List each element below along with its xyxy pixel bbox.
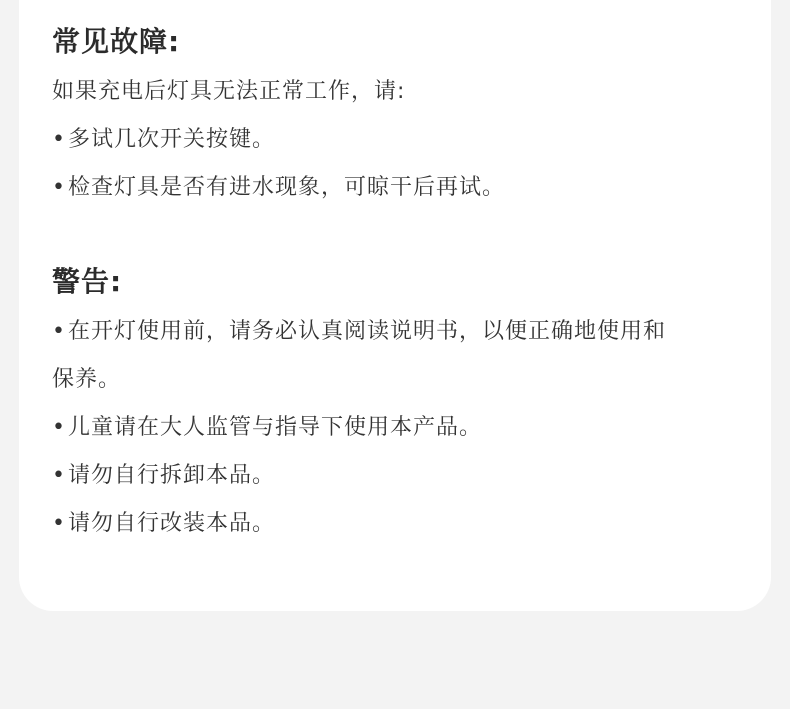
- warning-item-text: 请勿自行拆卸本品。: [68, 463, 275, 488]
- warning-item-text: 请勿自行改装本品。: [68, 511, 275, 536]
- warning-item-text: 儿童请在大人监管与指导下使用本产品。: [68, 415, 482, 440]
- troubleshooting-item: •检查灯具是否有进水现象，可晾干后再试。: [52, 172, 505, 204]
- warning-heading: 警告:: [52, 262, 122, 302]
- warning-item-text: 在开灯使用前，请务必认真阅读说明书，以便正确地使用和: [68, 319, 666, 344]
- warning-item-continuation: 保养。: [52, 364, 121, 396]
- bullet-icon: •: [52, 124, 68, 156]
- troubleshooting-item: •多试几次开关按键。: [52, 124, 275, 156]
- bullet-icon: •: [52, 508, 68, 540]
- warning-item: •请勿自行拆卸本品。: [52, 460, 275, 492]
- warning-item: •在开灯使用前，请务必认真阅读说明书，以便正确地使用和: [52, 316, 666, 348]
- warning-item: •儿童请在大人监管与指导下使用本产品。: [52, 412, 482, 444]
- warning-item: •请勿自行改装本品。: [52, 508, 275, 540]
- troubleshooting-item-text: 检查灯具是否有进水现象，可晾干后再试。: [68, 175, 505, 200]
- troubleshooting-intro: 如果充电后灯具无法正常工作，请:: [52, 76, 405, 108]
- bullet-icon: •: [52, 412, 68, 444]
- bullet-icon: •: [52, 460, 68, 492]
- bullet-icon: •: [52, 316, 68, 348]
- troubleshooting-item-text: 多试几次开关按键。: [68, 127, 275, 152]
- troubleshooting-heading: 常见故障:: [52, 22, 180, 62]
- bullet-icon: •: [52, 172, 68, 204]
